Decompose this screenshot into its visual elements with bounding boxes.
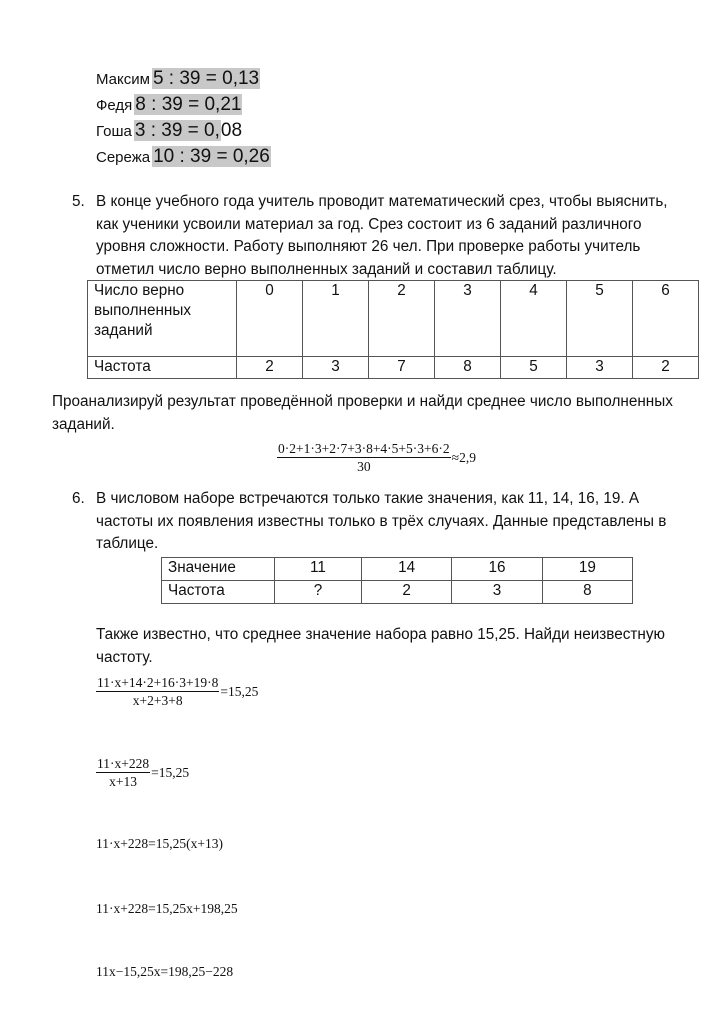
denominator: 30 <box>357 458 371 475</box>
text-line: Проанализируй результат проведённой пров… <box>52 391 673 414</box>
table-cell: 8 <box>435 357 501 379</box>
table-cell: 3 <box>567 357 633 379</box>
student-name: Гоша <box>96 123 132 140</box>
result: =15,25 <box>151 765 189 780</box>
task-number: 5. <box>72 191 85 214</box>
text-line: заданий. <box>52 414 673 437</box>
results-table: Число верно выполненных заданий 0 1 2 3 … <box>87 280 699 379</box>
student-name: Максим <box>96 71 150 88</box>
task6-text: В числовом наборе встречаются только так… <box>96 488 666 556</box>
text-line: таблице. <box>96 533 666 556</box>
table-cell: 2 <box>633 357 699 379</box>
fraction: 11·x+228 x+13 <box>96 756 150 790</box>
table-cell: 19 <box>542 558 632 581</box>
solution-step-2: 11·x+228 x+13 =15,25 <box>96 756 189 790</box>
text-line: частоты их появления известны только в т… <box>96 511 666 534</box>
fraction: 11·x+14·2+16·3+19·8 x+2+3+8 <box>96 675 219 709</box>
table-cell: 16 <box>452 558 542 581</box>
row-header: Число верно выполненных заданий <box>88 281 237 357</box>
table-row: Число верно выполненных заданий 0 1 2 3 … <box>88 281 699 357</box>
student-name: Сережа <box>96 149 150 166</box>
table-cell: 5 <box>567 281 633 357</box>
numerator: 0·2+1·3+2·7+3·8+4·5+5·3+6·2 <box>277 441 451 458</box>
solution-step-5: 11x−15,25x=198,25−228 <box>96 964 233 980</box>
text-line: как ученики усвоили материал за год. Сре… <box>96 214 668 237</box>
table-cell: 0 <box>237 281 303 357</box>
table-cell: 5 <box>501 357 567 379</box>
table-cell: 2 <box>369 281 435 357</box>
text-line: уровня сложности. Работу выполняют 26 че… <box>96 236 668 259</box>
denominator: x+2+3+8 <box>133 692 183 709</box>
table-cell: 1 <box>303 281 369 357</box>
ratio-expression-highlighted: 3 : 39 = 0, <box>134 120 221 141</box>
mean-formula: 0·2+1·3+2·7+3·8+4·5+5·3+6·2 30 ≈2,9 <box>277 441 476 475</box>
table-cell: 3 <box>435 281 501 357</box>
table-row: Значение 11 14 16 19 <box>162 558 633 581</box>
ratio-expression: 10 : 39 = 0,26 <box>152 146 271 167</box>
table-cell: 3 <box>303 357 369 379</box>
table-cell: 2 <box>361 581 451 604</box>
table-row: Частота ? 2 3 8 <box>162 581 633 604</box>
numerator: 11·x+14·2+16·3+19·8 <box>96 675 219 692</box>
table-cell: ? <box>275 581 362 604</box>
table-cell: 8 <box>542 581 632 604</box>
table-cell: 7 <box>369 357 435 379</box>
text-line: В конце учебного года учитель проводит м… <box>96 191 668 214</box>
row-header: Частота <box>162 581 275 604</box>
text-line: В числовом наборе встречаются только так… <box>96 488 666 511</box>
task5-question: Проанализируй результат проведённой пров… <box>52 391 673 436</box>
ratio-expression-rest: 08 <box>221 120 242 141</box>
text-line: частоту. <box>96 647 665 670</box>
text-line: Также известно, что среднее значение наб… <box>96 624 665 647</box>
ratio-line-fedya: Федя8 : 39 = 0,21 <box>96 94 242 117</box>
result: =15,25 <box>220 684 258 699</box>
task-number: 6. <box>72 488 85 511</box>
table-cell: 4 <box>501 281 567 357</box>
ratio-expression: 8 : 39 = 0,21 <box>134 94 242 115</box>
ratio-expression: 5 : 39 = 0,13 <box>152 68 260 89</box>
table-cell: 11 <box>275 558 362 581</box>
ratio-line-gosha: Гоша3 : 39 = 0,08 <box>96 120 242 143</box>
table-cell: 2 <box>237 357 303 379</box>
frequency-table: Значение 11 14 16 19 Частота ? 2 3 8 <box>161 557 633 604</box>
solution-step-3: 11·x+228=15,25(x+13) <box>96 836 223 852</box>
task6-question: Также известно, что среднее значение наб… <box>96 624 665 669</box>
student-name: Федя <box>96 97 132 114</box>
table-row: Частота 2 3 7 8 5 3 2 <box>88 357 699 379</box>
denominator: x+13 <box>109 773 137 790</box>
row-header: Частота <box>88 357 237 379</box>
numerator: 11·x+228 <box>96 756 150 773</box>
row-header: Значение <box>162 558 275 581</box>
solution-step-4: 11·x+228=15,25x+198,25 <box>96 901 238 917</box>
table-cell: 14 <box>361 558 451 581</box>
ratio-line-maksim: Максим5 : 39 = 0,13 <box>96 68 260 91</box>
result: ≈2,9 <box>452 450 476 465</box>
task5-text: В конце учебного года учитель проводит м… <box>96 191 668 281</box>
table-cell: 3 <box>452 581 542 604</box>
solution-step-1: 11·x+14·2+16·3+19·8 x+2+3+8 =15,25 <box>96 675 258 709</box>
ratio-line-serezha: Сережа10 : 39 = 0,26 <box>96 146 271 169</box>
fraction: 0·2+1·3+2·7+3·8+4·5+5·3+6·2 30 <box>277 441 451 475</box>
table-cell: 6 <box>633 281 699 357</box>
text-line: отметил число верно выполненных заданий … <box>96 259 668 282</box>
